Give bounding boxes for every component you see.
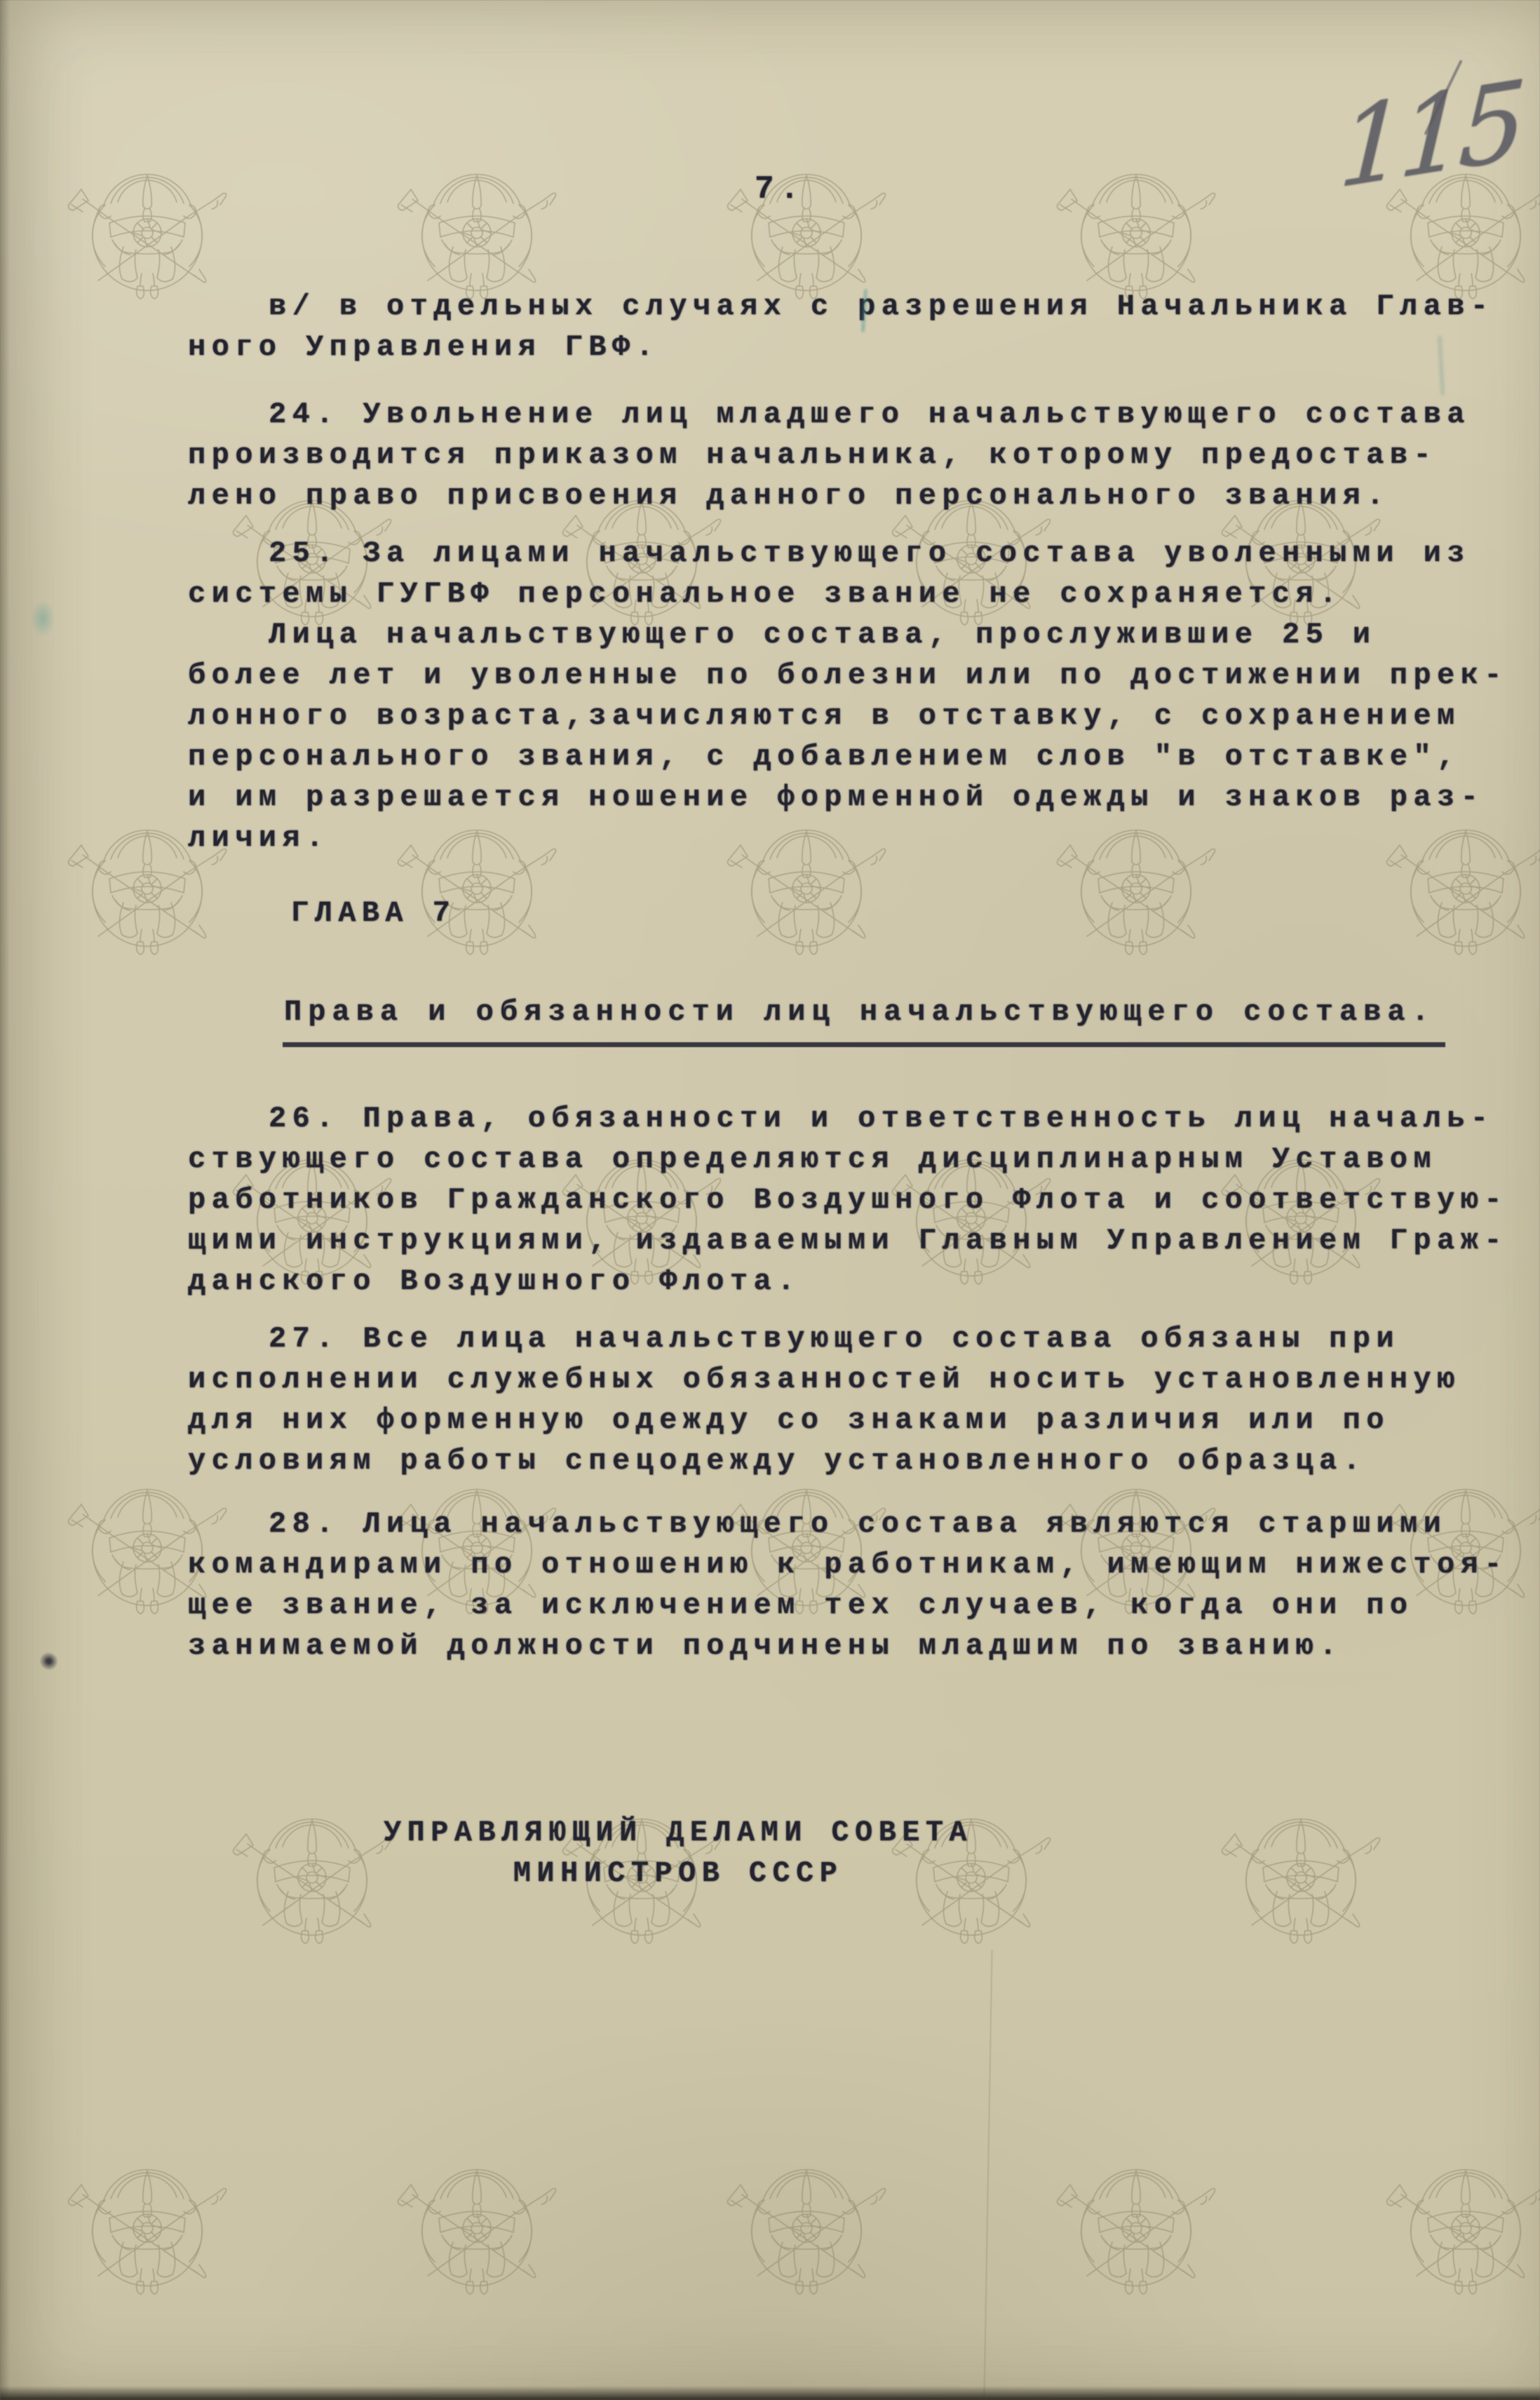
signature-line-2: МИНИСТРОВ СССР	[380, 1853, 976, 1894]
text-line: 24. Увольнение лиц младшего начальствующ…	[188, 394, 1520, 435]
aviation-crest-watermark-icon	[56, 168, 238, 302]
text-line: 26. Права, обязанности и ответственность…	[188, 1098, 1520, 1139]
aviation-crest-watermark-icon	[386, 2164, 568, 2297]
aviation-crest-watermark-icon	[715, 2164, 898, 2297]
text-line: щими инструкциями, издаваемыми Главным У…	[188, 1220, 1520, 1261]
text-line: 25. За лицами начальствующего состава ув…	[188, 533, 1520, 574]
aviation-crest-watermark-icon	[221, 1813, 403, 1946]
aviation-crest-watermark-icon	[1374, 2164, 1540, 2297]
text-line: ного Управления ГВФ.	[188, 327, 1520, 368]
text-line: ствующего состава определяются дисциплин…	[188, 1139, 1520, 1180]
page-number: 7.	[755, 171, 805, 208]
scan-left-edge-shadow	[0, 0, 10, 2400]
text-line: лено право присвоения данного персональн…	[188, 476, 1520, 516]
document-page: 7. 115 в/ в отдельных случаях с разрешен…	[0, 0, 1540, 2400]
text-line: работников Гражданского Воздушного Флота…	[188, 1180, 1520, 1220]
paragraph-28: 28. Лица начальствующего состава являютс…	[188, 1504, 1520, 1666]
text-line: системы ГУГВФ персональное звание не сох…	[188, 574, 1520, 614]
text-line: исполнении служебных обязанностей носить…	[188, 1359, 1520, 1400]
text-line: щее звание, за исключением тех случаев, …	[188, 1585, 1520, 1626]
paragraph-25: 25. За лицами начальствующего состава ув…	[188, 533, 1520, 858]
text-line: данского Воздушного Флота.	[188, 1261, 1520, 1302]
text-line: и им разрешается ношение форменной одежд…	[188, 777, 1520, 818]
text-line: персонального звания, с добавлением слов…	[188, 736, 1520, 777]
text-line: производится приказом начальника, которо…	[188, 435, 1520, 476]
aviation-crest-watermark-icon	[56, 2164, 238, 2297]
paragraph-27: 27. Все лица начальствующего состава обя…	[188, 1319, 1520, 1481]
paragraph-26: 26. Права, обязанности и ответственность…	[188, 1098, 1520, 1302]
section-title: Права и обязанности лиц начальствующего …	[283, 992, 1445, 1047]
teal-ink-smudge	[31, 600, 55, 637]
signature-line-1: УПРАВЛЯЮЩИЙ ДЕЛАМИ СОВЕТА	[380, 1812, 976, 1853]
text-line: лонного возраста,зачисляются в отставку,…	[188, 696, 1520, 736]
aviation-crest-watermark-icon	[1210, 1813, 1392, 1946]
signature-block: УПРАВЛЯЮЩИЙ ДЕЛАМИ СОВЕТА МИНИСТРОВ СССР	[380, 1812, 976, 1894]
text-line: для них форменную одежду со знаками разл…	[188, 1400, 1520, 1441]
aviation-crest-watermark-icon	[386, 168, 568, 302]
text-line: личия.	[188, 818, 1520, 858]
chapter-label: ГЛАВА 7	[291, 896, 456, 930]
ink-blot	[37, 1650, 63, 1673]
text-line: в/ в отдельных случаях с разрешения Нача…	[188, 286, 1520, 327]
aviation-crest-watermark-icon	[1045, 168, 1227, 302]
text-line: условиям работы спецодежду установленног…	[188, 1441, 1520, 1481]
section-title-text: Права и обязанности лиц начальствующего …	[283, 992, 1445, 1047]
text-line: более лет и уволенные по болезни или по …	[188, 655, 1520, 696]
text-line: Лица начальствующего состава, прослуживш…	[188, 614, 1520, 655]
paragraph-24: 24. Увольнение лиц младшего начальствующ…	[188, 394, 1520, 516]
paper-crease	[983, 1950, 992, 2400]
text-line: 28. Лица начальствующего состава являютс…	[188, 1504, 1520, 1544]
paragraph-intro-item-v: в/ в отдельных случаях с разрешения Нача…	[188, 286, 1520, 368]
text-line: 27. Все лица начальствующего состава обя…	[188, 1319, 1520, 1359]
scan-bottom-edge	[0, 2386, 1540, 2400]
aviation-crest-watermark-icon	[715, 168, 898, 302]
text-line: командирами по отношению к работникам, и…	[188, 1544, 1520, 1585]
text-line: занимаемой должности подчинены младшим п…	[188, 1626, 1520, 1666]
aviation-crest-watermark-icon	[1045, 2164, 1227, 2297]
